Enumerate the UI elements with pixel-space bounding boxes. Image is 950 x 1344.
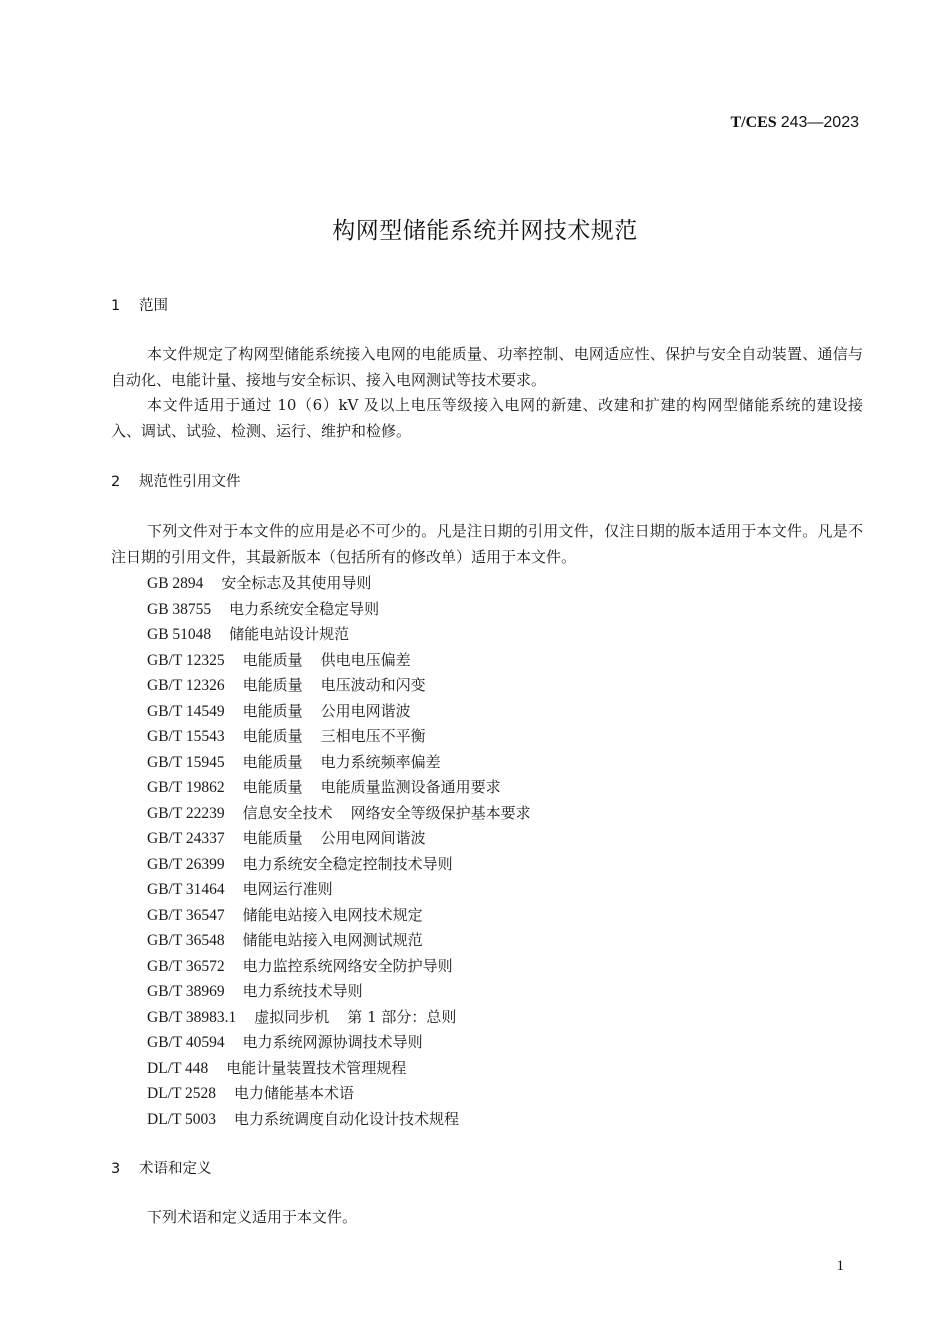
document-page: T/CES 243—2023 构网型储能系统并网技术规范 1范围 本文件规定了构… — [0, 0, 950, 1344]
reference-code: GB/T 15945 — [147, 754, 225, 771]
reference-subtitle: 第 1 部分：总则 — [347, 1008, 456, 1026]
document-title: 构网型储能系统并网技术规范 — [0, 212, 950, 245]
reference-title: 信息安全技术 — [243, 804, 333, 822]
references-intro-paragraph: 下列文件对于本文件的应用是必不可少的。凡是注日期的引用文件，仅注日期的版本适用于… — [111, 519, 863, 570]
reference-title: 电力系统安全稳定导则 — [229, 600, 379, 618]
reference-code: GB 38755 — [147, 601, 211, 618]
section-title: 规范性引用文件 — [139, 474, 241, 490]
reference-code: GB/T 31464 — [147, 881, 225, 898]
standard-code: T/CES 243—2023 — [730, 114, 859, 132]
section-number: 3 — [111, 1161, 139, 1177]
reference-item: GB/T 38969电力系统技术导则 — [147, 979, 549, 1005]
reference-item: DL/T 448电能计量装置技术管理规程 — [147, 1056, 549, 1082]
reference-subtitle: 网络安全等级保护基本要求 — [351, 804, 531, 822]
reference-title: 安全标志及其使用导则 — [221, 574, 371, 592]
page-number: 1 — [837, 1258, 845, 1275]
reference-item: GB/T 31464电网运行准则 — [147, 877, 549, 903]
reference-item: GB/T 15543电能质量三相电压不平衡 — [147, 724, 549, 750]
reference-title: 储能电站接入电网技术规定 — [243, 906, 423, 924]
reference-title: 虚拟同步机 — [254, 1008, 329, 1026]
reference-code: GB/T 40594 — [147, 1034, 225, 1051]
section-title: 术语和定义 — [139, 1161, 212, 1177]
reference-code: DL/T 448 — [147, 1060, 208, 1077]
reference-code: GB 51048 — [147, 626, 211, 643]
section-title: 范围 — [139, 298, 168, 314]
reference-subtitle: 电压波动和闪变 — [321, 676, 426, 694]
reference-code: GB/T 12326 — [147, 677, 225, 694]
reference-subtitle: 公用电网谐波 — [321, 702, 411, 720]
reference-subtitle: 公用电网间谐波 — [321, 829, 426, 847]
reference-subtitle: 电能质量监测设备通用要求 — [321, 778, 501, 796]
reference-item: DL/T 2528电力储能基本术语 — [147, 1081, 549, 1107]
section-number: 2 — [111, 474, 139, 490]
reference-title: 电能质量 — [243, 829, 303, 847]
section-heading-scope: 1范围 — [111, 294, 168, 315]
reference-subtitle: 供电电压偏差 — [321, 651, 411, 669]
terms-intro-paragraph: 下列术语和定义适用于本文件。 — [111, 1205, 863, 1231]
reference-item: GB/T 40594电力系统网源协调技术导则 — [147, 1030, 549, 1056]
reference-code: GB/T 36572 — [147, 958, 225, 975]
reference-title: 电能质量 — [243, 651, 303, 669]
reference-item: GB/T 12326电能质量电压波动和闪变 — [147, 673, 549, 699]
reference-code: GB/T 36548 — [147, 932, 225, 949]
section-number: 1 — [111, 298, 139, 314]
reference-code: GB 2894 — [147, 575, 203, 592]
reference-item: GB/T 24337电能质量公用电网间谐波 — [147, 826, 549, 852]
reference-title: 电力储能基本术语 — [234, 1084, 354, 1102]
reference-item: GB/T 12325电能质量供电电压偏差 — [147, 648, 549, 674]
reference-item: GB/T 26399电力系统安全稳定控制技术导则 — [147, 852, 549, 878]
reference-code: DL/T 5003 — [147, 1111, 216, 1128]
reference-title: 电力监控系统网络安全防护导则 — [243, 957, 453, 975]
reference-item: GB/T 36548储能电站接入电网测试规范 — [147, 928, 549, 954]
reference-code: GB/T 12325 — [147, 652, 225, 669]
section-heading-normative-references: 2规范性引用文件 — [111, 470, 241, 491]
reference-item: GB/T 22239信息安全技术网络安全等级保护基本要求 — [147, 801, 549, 827]
reference-item: GB 51048储能电站设计规范 — [147, 622, 549, 648]
reference-code: GB/T 38969 — [147, 983, 225, 1000]
reference-item: GB/T 38983.1虚拟同步机第 1 部分：总则 — [147, 1005, 549, 1031]
reference-title: 电能质量 — [243, 753, 303, 771]
reference-item: GB/T 15945电能质量电力系统频率偏差 — [147, 750, 549, 776]
reference-title: 电力系统安全稳定控制技术导则 — [243, 855, 453, 873]
reference-title: 电能质量 — [243, 676, 303, 694]
reference-item: GB 2894安全标志及其使用导则 — [147, 571, 549, 597]
reference-title: 电网运行准则 — [243, 880, 333, 898]
reference-code: GB/T 24337 — [147, 830, 225, 847]
scope-paragraph-1: 本文件规定了构网型储能系统接入电网的电能质量、功率控制、电网适应性、保护与安全自… — [111, 342, 863, 393]
standard-code-number: 243—2023 — [781, 114, 859, 131]
reference-code: GB/T 36547 — [147, 907, 225, 924]
reference-title: 电力系统技术导则 — [243, 982, 363, 1000]
reference-item: GB/T 14549电能质量公用电网谐波 — [147, 699, 549, 725]
reference-item: GB/T 19862电能质量电能质量监测设备通用要求 — [147, 775, 549, 801]
scope-paragraph-2: 本文件适用于通过 10（6）kV 及以上电压等级接入电网的新建、改建和扩建的构网… — [111, 393, 863, 444]
standard-code-prefix: T/CES — [730, 114, 776, 131]
reference-item: GB/T 36572电力监控系统网络安全防护导则 — [147, 954, 549, 980]
reference-subtitle: 电力系统频率偏差 — [321, 753, 441, 771]
reference-code: DL/T 2528 — [147, 1085, 216, 1102]
reference-title: 电能质量 — [243, 727, 303, 745]
reference-code: GB/T 15543 — [147, 728, 225, 745]
reference-title: 电力系统调度自动化设计技术规程 — [234, 1110, 459, 1128]
reference-code: GB/T 38983.1 — [147, 1009, 236, 1026]
reference-title: 电能质量 — [243, 702, 303, 720]
reference-code: GB/T 22239 — [147, 805, 225, 822]
reference-item: GB 38755电力系统安全稳定导则 — [147, 597, 549, 623]
reference-item: DL/T 5003电力系统调度自动化设计技术规程 — [147, 1107, 549, 1133]
reference-code: GB/T 14549 — [147, 703, 225, 720]
reference-code: GB/T 19862 — [147, 779, 225, 796]
reference-title: 电能计量装置技术管理规程 — [226, 1059, 406, 1077]
reference-title: 电力系统网源协调技术导则 — [243, 1033, 423, 1051]
reference-code: GB/T 26399 — [147, 856, 225, 873]
reference-title: 电能质量 — [243, 778, 303, 796]
reference-item: GB/T 36547储能电站接入电网技术规定 — [147, 903, 549, 929]
reference-subtitle: 三相电压不平衡 — [321, 727, 426, 745]
reference-title: 储能电站设计规范 — [229, 625, 349, 643]
reference-title: 储能电站接入电网测试规范 — [243, 931, 423, 949]
reference-list: GB 2894安全标志及其使用导则 GB 38755电力系统安全稳定导则 GB … — [147, 571, 549, 1132]
section-heading-terms-definitions: 3术语和定义 — [111, 1157, 212, 1178]
